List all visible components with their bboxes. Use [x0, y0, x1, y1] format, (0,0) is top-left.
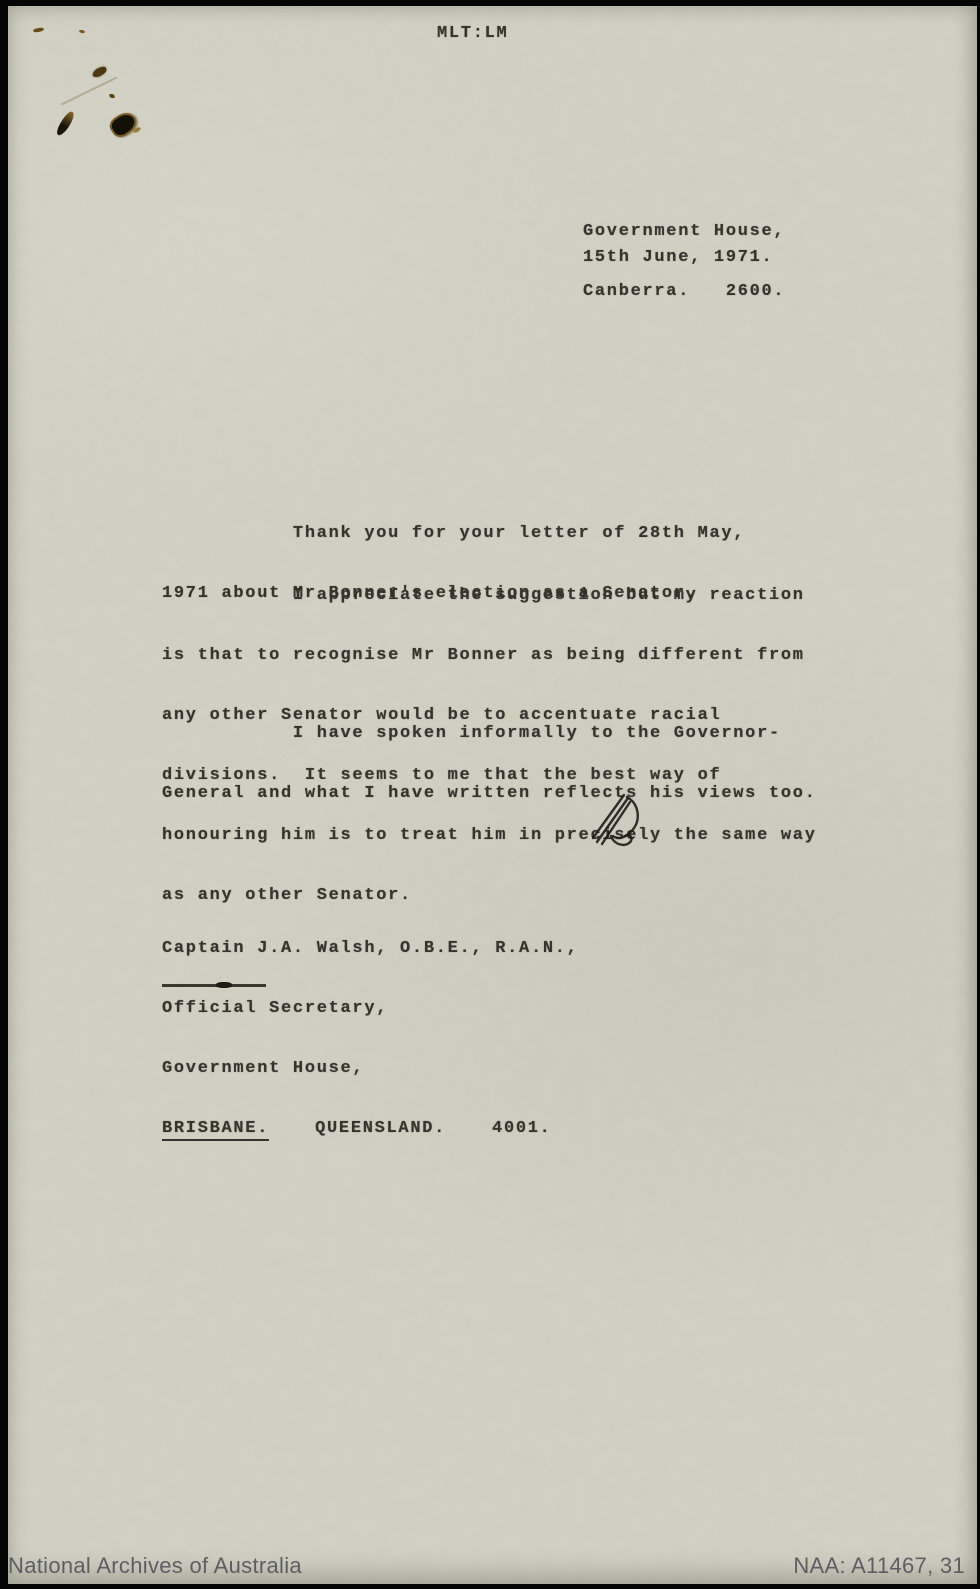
paper-scratch-mark: [61, 76, 117, 105]
body-paragraph-3: I have spoken informally to the Governor…: [162, 684, 817, 844]
signature-icon: [586, 788, 646, 854]
underline-ink-blob: [216, 982, 232, 988]
recipient-line: Captain J.A. Walsh, O.B.E., R.A.N.,: [162, 939, 579, 959]
recipient-city: BRISBANE.: [162, 1119, 269, 1141]
body-line: General and what I have written reflects…: [162, 784, 817, 804]
ink-blot: [79, 29, 85, 33]
ink-blot: [106, 108, 140, 141]
ink-blot: [54, 110, 76, 138]
ink-blot: [33, 27, 45, 33]
recipient-line: Official Secretary,: [162, 999, 579, 1019]
typist-reference: MLT:LM: [437, 24, 508, 44]
city-double-underline: [162, 984, 266, 987]
ink-blot: [108, 93, 115, 99]
body-line: is that to recognise Mr Bonner as being …: [162, 646, 817, 666]
recipient-address: Captain J.A. Walsh, O.B.E., R.A.N., Offi…: [162, 899, 579, 1181]
archive-name-label: National Archives of Australia: [8, 1553, 302, 1579]
body-line: I have spoken informally to the Governor…: [162, 724, 817, 744]
signature-initials: [586, 788, 646, 854]
recipient-postcode: 4001.: [492, 1119, 552, 1138]
sender-address-line: Canberra. 2600.: [583, 282, 785, 302]
recipient-line: Government House,: [162, 1059, 579, 1079]
sender-address-line: Government House,: [583, 222, 785, 242]
letter-date: 15th June, 1971.: [583, 248, 773, 268]
archive-reference-label: NAA: A11467, 31: [793, 1553, 965, 1579]
body-line: Thank you for your letter of 28th May,: [162, 524, 745, 544]
recipient-city-line: BRISBANE.QUEENSLAND.4001.: [162, 1119, 579, 1141]
recipient-state: QUEENSLAND.: [315, 1119, 446, 1139]
ink-blot: [91, 65, 108, 78]
archive-watermark-bar: National Archives of Australia NAA: A114…: [8, 1553, 965, 1579]
scanned-letter-page: MLT:LM Government House, Canberra. 2600.…: [0, 0, 980, 1589]
body-line: I appreciate the suggestion but my react…: [162, 586, 817, 606]
